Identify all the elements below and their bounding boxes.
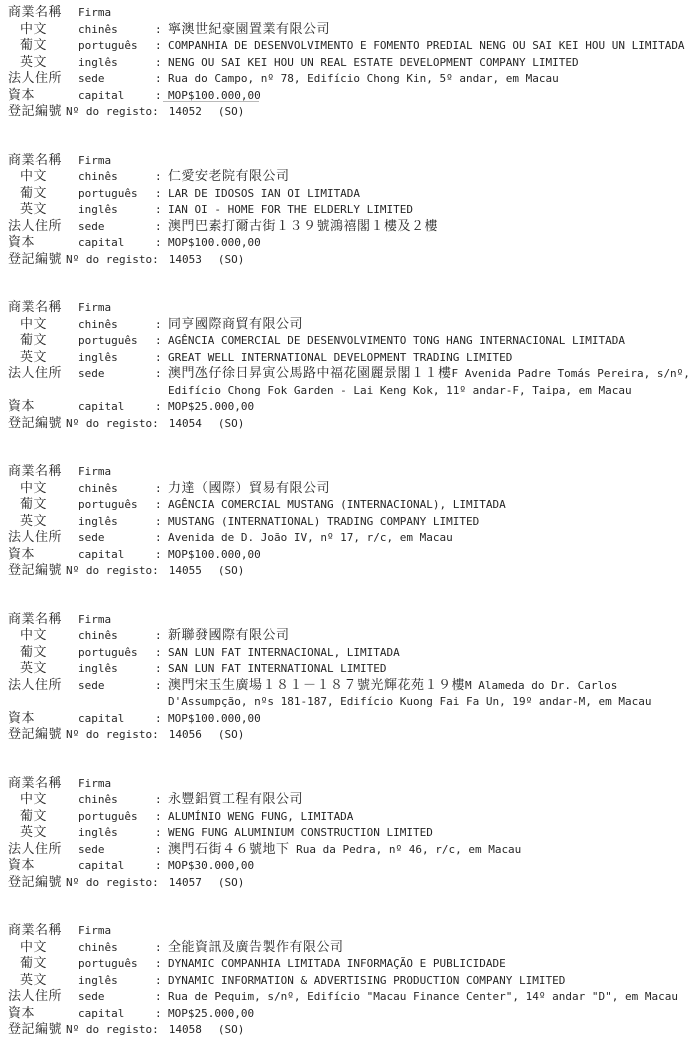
registo-suffix: (SO) xyxy=(218,416,245,433)
colon-separator: : xyxy=(155,628,168,645)
label-sede-pt: sede xyxy=(78,842,155,859)
chinese-name-row: 中文 chinês : 力達（國際）貿易有限公司 xyxy=(8,481,696,498)
label-chinese-zh: 中文 xyxy=(8,628,78,645)
label-firma-zh: 商業名稱 xyxy=(8,776,78,793)
colon-separator: : xyxy=(155,219,168,236)
sede-value: Rua de Pequim, s/nº, Edifício "Macau Fin… xyxy=(168,989,696,1006)
label-portuguese-zh: 葡文 xyxy=(8,186,78,203)
label-chinese-pt: chinês xyxy=(78,481,155,498)
portuguese-name-value: AGÊNCIA COMERCIAL DE DESENVOLVIMENTO TON… xyxy=(168,333,696,350)
registo-number-value: 14054 xyxy=(169,416,202,433)
portuguese-name-row: 葡文 português : ALUMÍNIO WENG FUNG, LIMIT… xyxy=(8,809,696,826)
label-portuguese-zh: 葡文 xyxy=(8,333,78,350)
colon-separator: : xyxy=(155,1006,168,1023)
colon-separator: : xyxy=(155,530,168,547)
label-registo-zh: 登記編號 xyxy=(8,563,62,580)
capital-row: 資本 capital : MOP$25.000,00 xyxy=(8,1006,696,1023)
label-english-zh: 英文 xyxy=(8,202,78,219)
label-english-zh: 英文 xyxy=(8,514,78,531)
label-sede-pt: sede xyxy=(78,366,155,383)
sede-line: D'Assumpção, nºs 181-187, Edifício Kuong… xyxy=(168,694,696,711)
label-sede-pt: sede xyxy=(78,678,155,695)
label-sede-pt: sede xyxy=(78,219,155,236)
sede-line: 澳門宋玉生廣場１８１－１８７號光輝花苑１９樓M Alameda do Dr. C… xyxy=(168,678,696,695)
label-sede-zh: 法人住所 xyxy=(8,366,78,383)
capital-value: MOP$100.000,00 xyxy=(168,547,696,564)
firma-header-row: 商業名稱 Firma xyxy=(8,776,696,793)
colon-separator: : xyxy=(155,481,168,498)
portuguese-name-value: COMPANHIA DE DESENVOLVIMENTO E FOMENTO P… xyxy=(168,38,696,55)
colon-separator: : xyxy=(155,202,168,219)
label-portuguese-pt: português xyxy=(78,497,155,514)
registo-suffix: (SO) xyxy=(218,1022,245,1039)
label-chinese-pt: chinês xyxy=(78,169,155,186)
label-capital-pt: capital xyxy=(78,547,155,564)
sede-row: 法人住所 sede : 澳門石街４６號地下 Rua da Pedra, nº 4… xyxy=(8,842,696,859)
firma-header-row: 商業名稱 Firma xyxy=(8,5,696,22)
label-firma-pt: Firma xyxy=(78,153,155,170)
english-name-row: 英文 inglês : IAN OI - HOME FOR THE ELDERL… xyxy=(8,202,696,219)
label-sede-zh: 法人住所 xyxy=(8,989,78,1006)
label-capital-zh: 資本 xyxy=(8,235,78,252)
label-capital-pt: capital xyxy=(78,1006,155,1023)
colon-separator: : xyxy=(155,711,168,728)
label-portuguese-zh: 葡文 xyxy=(8,956,78,973)
english-name-row: 英文 inglês : WENG FUNG ALUMINIUM CONSTRUC… xyxy=(8,825,696,842)
capital-value: MOP$25.000,00 xyxy=(168,1006,696,1023)
english-name-value: DYNAMIC INFORMATION & ADVERTISING PRODUC… xyxy=(168,973,696,990)
registo-number-value: 14055 xyxy=(169,563,202,580)
sede-line: Rua do Campo, nº 78, Edifício Chong Kin,… xyxy=(168,71,696,88)
label-registo-pt: Nº do registo: xyxy=(66,563,159,580)
label-firma-pt: Firma xyxy=(78,300,155,317)
colon-separator: : xyxy=(155,497,168,514)
label-registo-pt: Nº do registo: xyxy=(66,104,159,121)
colon-separator: : xyxy=(155,858,168,875)
firma-header-row: 商業名稱 Firma xyxy=(8,300,696,317)
label-portuguese-pt: português xyxy=(78,956,155,973)
label-capital-pt: capital xyxy=(78,711,155,728)
colon-separator: : xyxy=(155,333,168,350)
label-chinese-zh: 中文 xyxy=(8,792,78,809)
colon-separator: : xyxy=(155,825,168,842)
label-sede-pt: sede xyxy=(78,530,155,547)
registo-number-value: 14053 xyxy=(169,252,202,269)
label-capital-pt: capital xyxy=(78,399,155,416)
english-name-row: 英文 inglês : MUSTANG (INTERNATIONAL) TRAD… xyxy=(8,514,696,531)
label-capital-pt: capital xyxy=(78,858,155,875)
registo-number-value: 14056 xyxy=(169,727,202,744)
registo-row: 登記編號 Nº do registo: 14052 (SO) xyxy=(8,104,696,121)
label-chinese-pt: chinês xyxy=(78,940,155,957)
colon-separator: : xyxy=(155,186,168,203)
registo-row: 登記編號 Nº do registo: 14056 (SO) xyxy=(8,727,696,744)
colon-separator: : xyxy=(155,940,168,957)
label-capital-zh: 資本 xyxy=(8,711,78,728)
label-english-pt: inglês xyxy=(78,661,155,678)
label-capital-pt: capital xyxy=(78,88,155,105)
sede-row: 法人住所 sede : Avenida de D. João IV, nº 17… xyxy=(8,530,696,547)
label-portuguese-pt: português xyxy=(78,645,155,662)
colon-separator: : xyxy=(155,842,168,859)
label-registo-zh: 登記編號 xyxy=(8,252,62,269)
registo-suffix: (SO) xyxy=(218,252,245,269)
label-english-zh: 英文 xyxy=(8,973,78,990)
registo-row: 登記編號 Nº do registo: 14054 (SO) xyxy=(8,416,696,433)
firma-header-row: 商業名稱 Firma xyxy=(8,464,696,481)
colon-separator: : xyxy=(155,973,168,990)
sede-line: Avenida de D. João IV, nº 17, r/c, em Ma… xyxy=(168,530,696,547)
registo-number-value: 14052 xyxy=(169,104,202,121)
label-sede-zh: 法人住所 xyxy=(8,530,78,547)
colon-separator: : xyxy=(155,645,168,662)
capital-value: MOP$25.000,00 xyxy=(168,399,696,416)
company-record: 商業名稱 Firma 中文 chinês : 同亨國際商貿有限公司 葡文 por… xyxy=(8,300,696,432)
registo-row: 登記編號 Nº do registo: 14053 (SO) xyxy=(8,252,696,269)
registo-suffix: (SO) xyxy=(218,727,245,744)
chinese-name-value: 全能資訊及廣告製作有限公司 xyxy=(168,940,696,957)
company-record: 商業名稱 Firma 中文 chinês : 仁愛安老院有限公司 葡文 port… xyxy=(8,153,696,269)
label-firma-pt: Firma xyxy=(78,612,155,629)
english-name-row: 英文 inglês : SAN LUN FAT INTERNATIONAL LI… xyxy=(8,661,696,678)
sede-value: 澳門氹仔徐日昇寅公馬路中福花園麗景閣１１樓F Avenida Padre Tom… xyxy=(168,366,696,399)
sede-row: 法人住所 sede : 澳門氹仔徐日昇寅公馬路中福花園麗景閣１１樓F Aveni… xyxy=(8,366,696,399)
label-chinese-zh: 中文 xyxy=(8,22,78,39)
colon-separator: : xyxy=(155,235,168,252)
chinese-name-value: 寧澳世紀豪園置業有限公司 xyxy=(168,22,696,39)
english-name-row: 英文 inglês : GREAT WELL INTERNATIONAL DEV… xyxy=(8,350,696,367)
label-firma-zh: 商業名稱 xyxy=(8,464,78,481)
label-firma-pt: Firma xyxy=(78,464,155,481)
portuguese-name-row: 葡文 português : COMPANHIA DE DESENVOLVIME… xyxy=(8,38,696,55)
label-chinese-pt: chinês xyxy=(78,317,155,334)
label-firma-zh: 商業名稱 xyxy=(8,5,78,22)
colon-separator: : xyxy=(155,678,168,695)
label-chinese-pt: chinês xyxy=(78,628,155,645)
capital-row: 資本 capital : MOP$100.000,00 xyxy=(8,235,696,252)
label-chinese-zh: 中文 xyxy=(8,940,78,957)
registo-suffix: (SO) xyxy=(218,563,245,580)
label-portuguese-pt: português xyxy=(78,809,155,826)
capital-value: MOP$30.000,00 xyxy=(168,858,696,875)
label-sede-zh: 法人住所 xyxy=(8,219,78,236)
chinese-name-row: 中文 chinês : 寧澳世紀豪園置業有限公司 xyxy=(8,22,696,39)
chinese-name-value: 仁愛安老院有限公司 xyxy=(168,169,696,186)
capital-row: 資本 capital : MOP$100.000,00 xyxy=(8,88,696,105)
english-name-value: NENG OU SAI KEI HOU UN REAL ESTATE DEVEL… xyxy=(168,55,696,72)
colon-separator: : xyxy=(155,399,168,416)
portuguese-name-row: 葡文 português : AGÊNCIA COMERCIAL MUSTANG… xyxy=(8,497,696,514)
label-firma-pt: Firma xyxy=(78,776,155,793)
company-record: 商業名稱 Firma 中文 chinês : 永豐鋁質工程有限公司 葡文 por… xyxy=(8,776,696,892)
label-registo-zh: 登記編號 xyxy=(8,875,62,892)
colon-separator: : xyxy=(155,55,168,72)
label-portuguese-zh: 葡文 xyxy=(8,497,78,514)
sede-line: 澳門石街４６號地下 Rua da Pedra, nº 46, r/c, em M… xyxy=(168,842,696,859)
colon-separator: : xyxy=(155,71,168,88)
label-english-zh: 英文 xyxy=(8,55,78,72)
sede-line: 澳門巴素打爾古街１３９號鴻禧閣１樓及２樓 xyxy=(168,219,696,236)
colon-separator: : xyxy=(155,366,168,383)
portuguese-name-value: SAN LUN FAT INTERNACIONAL, LIMITADA xyxy=(168,645,696,662)
portuguese-name-value: LAR DE IDOSOS IAN OI LIMITADA xyxy=(168,186,696,203)
label-capital-zh: 資本 xyxy=(8,858,78,875)
label-registo-pt: Nº do registo: xyxy=(66,727,159,744)
label-registo-pt: Nº do registo: xyxy=(66,252,159,269)
sede-line: 澳門氹仔徐日昇寅公馬路中福花園麗景閣１１樓F Avenida Padre Tom… xyxy=(168,366,696,383)
label-registo-zh: 登記編號 xyxy=(8,104,62,121)
company-record: 商業名稱 Firma 中文 chinês : 新聯發國際有限公司 葡文 port… xyxy=(8,612,696,744)
capital-value: MOP$100.000,00 xyxy=(168,711,696,728)
label-sede-zh: 法人住所 xyxy=(8,71,78,88)
label-registo-pt: Nº do registo: xyxy=(66,875,159,892)
label-capital-zh: 資本 xyxy=(8,88,78,105)
label-chinese-zh: 中文 xyxy=(8,317,78,334)
label-chinese-pt: chinês xyxy=(78,22,155,39)
label-sede-zh: 法人住所 xyxy=(8,842,78,859)
english-name-value: MUSTANG (INTERNATIONAL) TRADING COMPANY … xyxy=(168,514,696,531)
colon-separator: : xyxy=(155,809,168,826)
chinese-name-value: 永豐鋁質工程有限公司 xyxy=(168,792,696,809)
label-english-pt: inglês xyxy=(78,973,155,990)
registo-row: 登記編號 Nº do registo: 14058 (SO) xyxy=(8,1022,696,1039)
chinese-name-row: 中文 chinês : 永豐鋁質工程有限公司 xyxy=(8,792,696,809)
label-firma-pt: Firma xyxy=(78,5,155,22)
colon-separator: : xyxy=(155,514,168,531)
label-registo-pt: Nº do registo: xyxy=(66,1022,159,1039)
colon-separator: : xyxy=(155,956,168,973)
sede-row: 法人住所 sede : Rua do Campo, nº 78, Edifíci… xyxy=(8,71,696,88)
label-english-zh: 英文 xyxy=(8,350,78,367)
sede-value: 澳門巴素打爾古街１３９號鴻禧閣１樓及２樓 xyxy=(168,219,696,236)
portuguese-name-row: 葡文 português : AGÊNCIA COMERCIAL DE DESE… xyxy=(8,333,696,350)
colon-separator: : xyxy=(155,350,168,367)
label-firma-zh: 商業名稱 xyxy=(8,153,78,170)
label-sede-pt: sede xyxy=(78,71,155,88)
label-firma-pt: Firma xyxy=(78,923,155,940)
chinese-name-row: 中文 chinês : 仁愛安老院有限公司 xyxy=(8,169,696,186)
english-name-value: SAN LUN FAT INTERNATIONAL LIMITED xyxy=(168,661,696,678)
label-chinese-zh: 中文 xyxy=(8,169,78,186)
label-portuguese-zh: 葡文 xyxy=(8,645,78,662)
firma-header-row: 商業名稱 Firma xyxy=(8,153,696,170)
sede-value: 澳門宋玉生廣場１８１－１８７號光輝花苑１９樓M Alameda do Dr. C… xyxy=(168,678,696,711)
sede-line: Edifício Chong Fok Garden - Lai Keng Kok… xyxy=(168,383,696,400)
label-capital-zh: 資本 xyxy=(8,399,78,416)
colon-separator: : xyxy=(155,317,168,334)
label-capital-zh: 資本 xyxy=(8,1006,78,1023)
registo-number-value: 14058 xyxy=(169,1022,202,1039)
label-english-zh: 英文 xyxy=(8,825,78,842)
english-name-value: WENG FUNG ALUMINIUM CONSTRUCTION LIMITED xyxy=(168,825,696,842)
sede-row: 法人住所 sede : 澳門宋玉生廣場１８１－１８７號光輝花苑１９樓M Alam… xyxy=(8,678,696,711)
label-english-pt: inglês xyxy=(78,55,155,72)
portuguese-name-row: 葡文 português : SAN LUN FAT INTERNACIONAL… xyxy=(8,645,696,662)
sede-value: 澳門石街４６號地下 Rua da Pedra, nº 46, r/c, em M… xyxy=(168,842,696,859)
portuguese-name-value: AGÊNCIA COMERCIAL MUSTANG (INTERNACIONAL… xyxy=(168,497,696,514)
chinese-name-row: 中文 chinês : 新聯發國際有限公司 xyxy=(8,628,696,645)
colon-separator: : xyxy=(155,547,168,564)
capital-row: 資本 capital : MOP$25.000,00 xyxy=(8,399,696,416)
chinese-name-value: 同亨國際商貿有限公司 xyxy=(168,317,696,334)
chinese-name-value: 力達（國際）貿易有限公司 xyxy=(168,481,696,498)
sede-row: 法人住所 sede : 澳門巴素打爾古街１３９號鴻禧閣１樓及２樓 xyxy=(8,219,696,236)
firma-header-row: 商業名稱 Firma xyxy=(8,923,696,940)
capital-row: 資本 capital : MOP$100.000,00 xyxy=(8,547,696,564)
sede-line: Rua de Pequim, s/nº, Edifício "Macau Fin… xyxy=(168,989,696,1006)
chinese-name-row: 中文 chinês : 同亨國際商貿有限公司 xyxy=(8,317,696,334)
capital-row: 資本 capital : MOP$30.000,00 xyxy=(8,858,696,875)
portuguese-name-row: 葡文 português : DYNAMIC COMPANHIA LIMITAD… xyxy=(8,956,696,973)
english-name-value: IAN OI - HOME FOR THE ELDERLY LIMITED xyxy=(168,202,696,219)
label-capital-pt: capital xyxy=(78,235,155,252)
registo-suffix: (SO) xyxy=(218,875,245,892)
label-capital-zh: 資本 xyxy=(8,547,78,564)
label-firma-zh: 商業名稱 xyxy=(8,612,78,629)
company-record: 商業名稱 Firma 中文 chinês : 全能資訊及廣告製作有限公司 葡文 … xyxy=(8,923,696,1039)
chinese-name-row: 中文 chinês : 全能資訊及廣告製作有限公司 xyxy=(8,940,696,957)
colon-separator: : xyxy=(155,169,168,186)
label-registo-zh: 登記編號 xyxy=(8,1022,62,1039)
registo-row: 登記編號 Nº do registo: 14057 (SO) xyxy=(8,875,696,892)
label-firma-zh: 商業名稱 xyxy=(8,300,78,317)
label-sede-zh: 法人住所 xyxy=(8,678,78,695)
portuguese-name-value: DYNAMIC COMPANHIA LIMITADA INFORMAÇÃO E … xyxy=(168,956,696,973)
english-name-row: 英文 inglês : DYNAMIC INFORMATION & ADVERT… xyxy=(8,973,696,990)
portuguese-name-row: 葡文 português : LAR DE IDOSOS IAN OI LIMI… xyxy=(8,186,696,203)
label-english-pt: inglês xyxy=(78,514,155,531)
label-chinese-pt: chinês xyxy=(78,792,155,809)
label-english-pt: inglês xyxy=(78,202,155,219)
label-portuguese-zh: 葡文 xyxy=(8,809,78,826)
label-portuguese-pt: português xyxy=(78,38,155,55)
sede-value: Rua do Campo, nº 78, Edifício Chong Kin,… xyxy=(168,71,696,88)
capital-row: 資本 capital : MOP$100.000,00 xyxy=(8,711,696,728)
label-portuguese-pt: português xyxy=(78,333,155,350)
label-portuguese-zh: 葡文 xyxy=(8,38,78,55)
label-english-pt: inglês xyxy=(78,825,155,842)
label-firma-zh: 商業名稱 xyxy=(8,923,78,940)
colon-separator: : xyxy=(155,22,168,39)
company-record: 商業名稱 Firma 中文 chinês : 寧澳世紀豪園置業有限公司 葡文 p… xyxy=(8,5,696,121)
label-registo-zh: 登記編號 xyxy=(8,727,62,744)
label-portuguese-pt: português xyxy=(78,186,155,203)
chinese-name-value: 新聯發國際有限公司 xyxy=(168,628,696,645)
label-sede-pt: sede xyxy=(78,989,155,1006)
company-record: 商業名稱 Firma 中文 chinês : 力達（國際）貿易有限公司 葡文 p… xyxy=(8,464,696,580)
sede-value: Avenida de D. João IV, nº 17, r/c, em Ma… xyxy=(168,530,696,547)
colon-separator: : xyxy=(155,661,168,678)
label-registo-zh: 登記編號 xyxy=(8,416,62,433)
colon-separator: : xyxy=(155,989,168,1006)
capital-value: MOP$100.000,00 xyxy=(168,235,696,252)
label-english-zh: 英文 xyxy=(8,661,78,678)
label-english-pt: inglês xyxy=(78,350,155,367)
portuguese-name-value: ALUMÍNIO WENG FUNG, LIMITADA xyxy=(168,809,696,826)
registry-page: 商業名稱 Firma 中文 chinês : 寧澳世紀豪園置業有限公司 葡文 p… xyxy=(0,0,700,1047)
colon-separator: : xyxy=(155,792,168,809)
registo-suffix: (SO) xyxy=(218,104,245,121)
label-chinese-zh: 中文 xyxy=(8,481,78,498)
sede-row: 法人住所 sede : Rua de Pequim, s/nº, Edifíci… xyxy=(8,989,696,1006)
label-registo-pt: Nº do registo: xyxy=(66,416,159,433)
colon-separator: : xyxy=(155,38,168,55)
registo-row: 登記編號 Nº do registo: 14055 (SO) xyxy=(8,563,696,580)
firma-header-row: 商業名稱 Firma xyxy=(8,612,696,629)
english-name-row: 英文 inglês : NENG OU SAI KEI HOU UN REAL … xyxy=(8,55,696,72)
registo-number-value: 14057 xyxy=(169,875,202,892)
english-name-value: GREAT WELL INTERNATIONAL DEVELOPMENT TRA… xyxy=(168,350,696,367)
